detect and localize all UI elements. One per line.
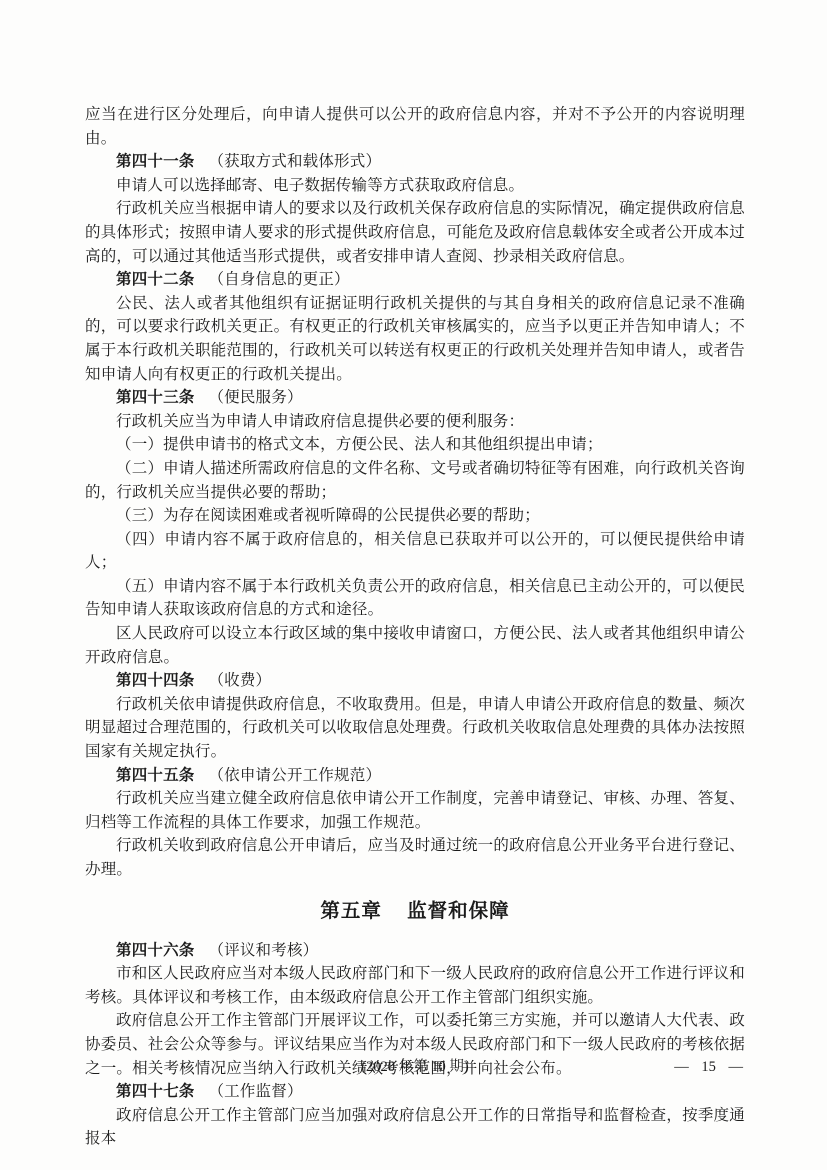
article-title: （收费） [208, 672, 271, 689]
paragraph: 行政机关应当为申请人申请政府信息提供必要的便利服务： [85, 410, 745, 434]
article-heading: 第四十二条（自身信息的更正） [85, 268, 745, 292]
article-number: 第四十五条 [116, 767, 195, 784]
article-heading: 第四十六条（评议和考核） [85, 939, 745, 963]
paragraph: 行政机关应当建立健全政府信息依申请公开工作制度，完善申请登记、审核、办理、答复、… [85, 787, 745, 834]
paragraph: 行政机关依申请提供政府信息，不收取费用。但是，申请人申请公开政府信息的数量、频次… [85, 693, 745, 764]
article-number: 第四十六条 [116, 942, 195, 959]
issue-label: (2020 年第 10 期) [85, 1055, 745, 1079]
page-footer: (2020 年第 10 期) — 15 — [85, 1055, 745, 1081]
paragraph-continuation: 应当在进行区分处理后，向申请人提供可以公开的政府信息内容，并对不予公开的内容说明… [85, 103, 745, 150]
paragraph: 市和区人民政府应当对本级人民政府部门和下一级人民政府的政府信息公开工作进行评议和… [85, 962, 745, 1009]
paragraph: 政府信息公开工作主管部门应当加强对政府信息公开工作的日常指导和监督检查，按季度通… [85, 1104, 745, 1151]
chapter-heading: 第五章监督和保障 [85, 897, 745, 925]
page-number: — 15 — [674, 1055, 743, 1079]
document-body: 应当在进行区分处理后，向申请人提供可以公开的政府信息内容，并对不予公开的内容说明… [85, 103, 745, 1151]
article-heading: 第四十三条（便民服务） [85, 386, 745, 410]
chapter-number: 第五章 [320, 900, 382, 922]
article-title: （获取方式和载体形式） [208, 153, 381, 170]
article-number: 第四十三条 [116, 389, 195, 406]
article-number: 第四十二条 [116, 271, 195, 288]
article-number: 第四十四条 [116, 672, 195, 689]
paragraph: 行政机关应当根据申请人的要求以及行政机关保存政府信息的实际情况，确定提供政府信息… [85, 197, 745, 268]
article-heading: 第四十五条（依申请公开工作规范） [85, 764, 745, 788]
article-title: （工作监督） [208, 1083, 302, 1100]
paragraph: 行政机关收到政府信息公开申请后，应当及时通过统一的政府信息公开业务平台进行登记、… [85, 834, 745, 881]
paragraph: 申请人可以选择邮寄、电子数据传输等方式获取政府信息。 [85, 174, 745, 198]
article-heading: 第四十一条（获取方式和载体形式） [85, 150, 745, 174]
article-title: （自身信息的更正） [208, 271, 349, 288]
article-title: （便民服务） [208, 389, 302, 406]
paragraph: 区人民政府可以设立本行政区域的集中接收申请窗口，方便公民、法人或者其他组织申请公… [85, 622, 745, 669]
paragraph: （一）提供申请书的格式文本，方便公民、法人和其他组织提出申请； [85, 433, 745, 457]
paragraph: （五）申请内容不属于本行政机关负责公开的政府信息，相关信息已主动公开的，可以便民… [85, 575, 745, 622]
article-title: （依申请公开工作规范） [208, 767, 381, 784]
article-heading: 第四十四条（收费） [85, 669, 745, 693]
article-number: 第四十一条 [116, 153, 195, 170]
article-heading: 第四十七条（工作监督） [85, 1080, 745, 1104]
paragraph: 公民、法人或者其他组织有证据证明行政机关提供的与其自身相关的政府信息记录不准确的… [85, 292, 745, 386]
chapter-title: 监督和保障 [407, 900, 510, 922]
article-title: （评议和考核） [208, 942, 318, 959]
document-page: 应当在进行区分处理后，向申请人提供可以公开的政府信息内容，并对不予公开的内容说明… [0, 0, 827, 1170]
paragraph: （四）申请内容不属于政府信息的，相关信息已获取并可以公开的，可以便民提供给申请人… [85, 528, 745, 575]
article-number: 第四十七条 [116, 1083, 195, 1100]
paragraph: （三）为存在阅读困难或者视听障碍的公民提供必要的帮助； [85, 504, 745, 528]
paragraph: （二）申请人描述所需政府信息的文件名称、文号或者确切特征等有困难，向行政机关咨询… [85, 457, 745, 504]
